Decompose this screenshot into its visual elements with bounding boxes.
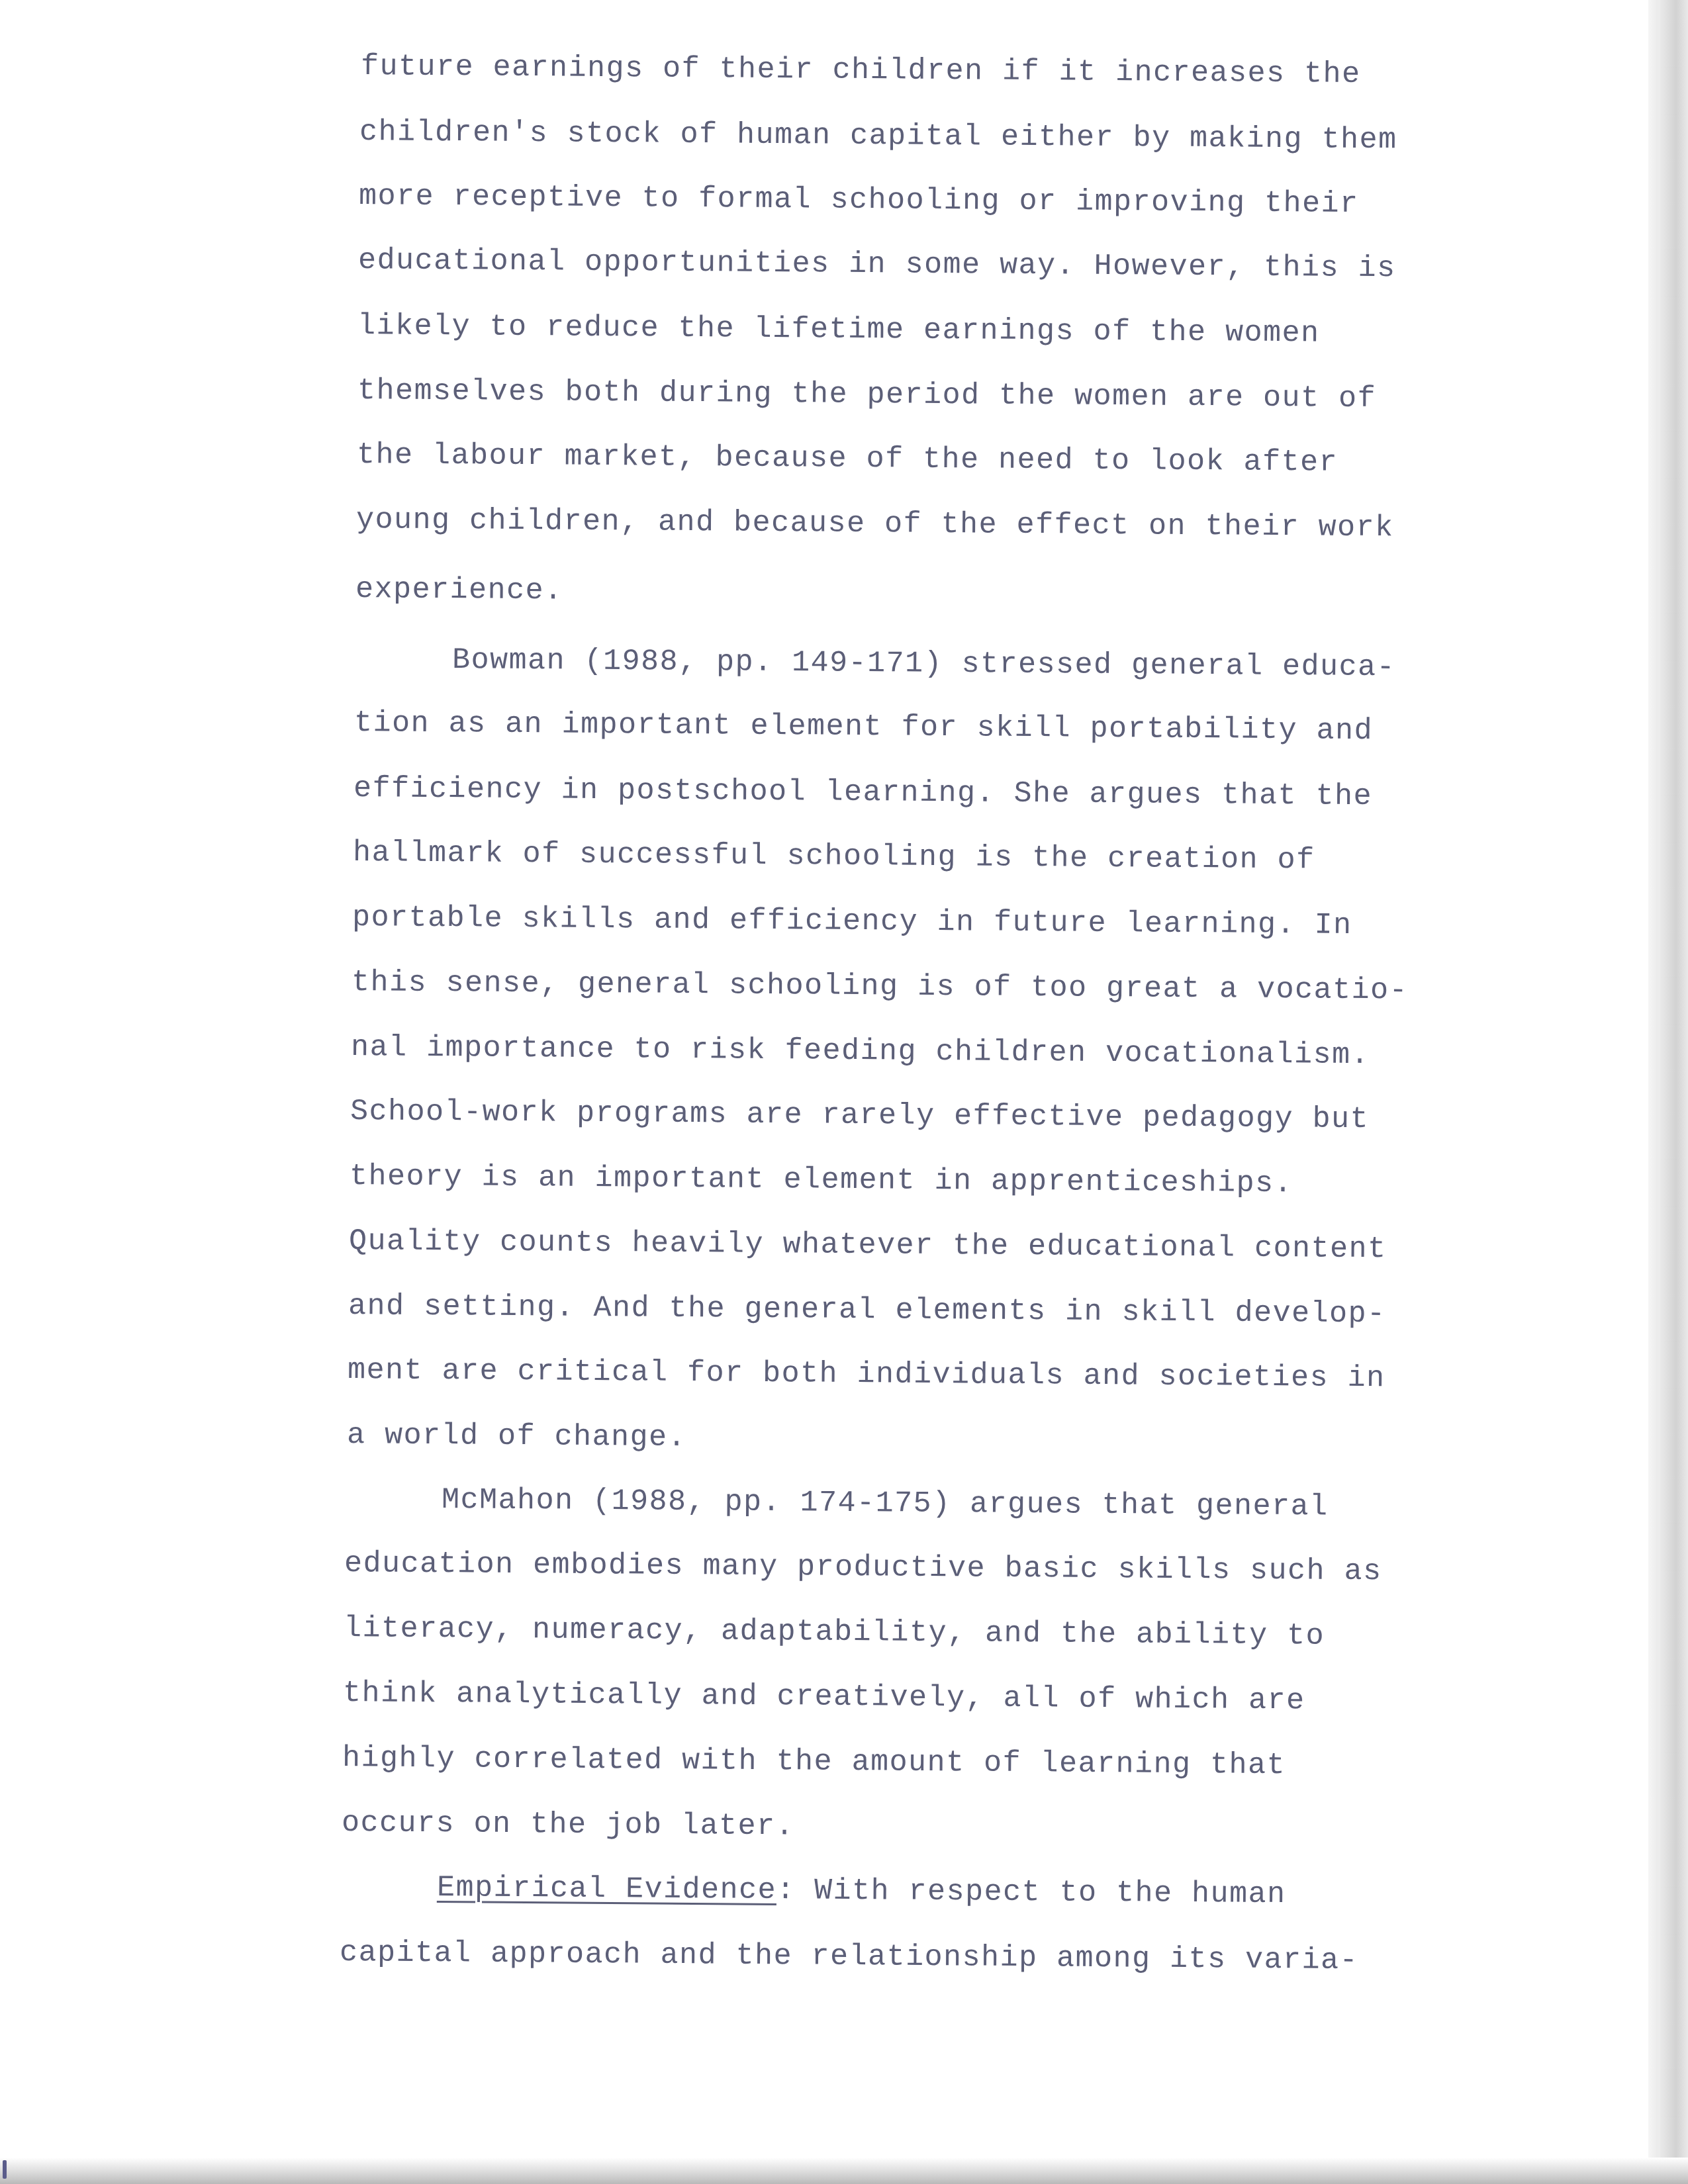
text-line: hallmark of successful schooling is the … <box>353 838 1315 875</box>
text-line: the labour market, because of the need t… <box>357 440 1338 478</box>
text-line: McMahon (1988, pp. 174-175) argues that … <box>442 1485 1329 1522</box>
scanned-page: future earnings of their children if it … <box>0 0 1688 2184</box>
text-line: nal importance to risk feeding children … <box>351 1032 1370 1070</box>
text-line: more receptive to formal schooling or im… <box>359 181 1359 219</box>
text-line: a world of change. <box>347 1420 686 1453</box>
text-line: Empirical Evidence: With respect to the … <box>437 1873 1286 1909</box>
text-line: portable skills and efficiency in future… <box>352 903 1352 940</box>
text-line: experience. <box>355 574 563 606</box>
text-line: literacy, numeracy, adaptability, and th… <box>344 1614 1325 1651</box>
text-line: young children, and because of the effec… <box>356 505 1394 543</box>
text-span: : With respect to the human <box>776 1874 1286 1911</box>
text-line: this sense, general schooling is of too … <box>352 968 1409 1006</box>
text-line: School-work programs are rarely effectiv… <box>350 1097 1370 1134</box>
text-line: theory is an important element in appren… <box>350 1161 1293 1199</box>
text-line: Bowman (1988, pp. 149-171) stressed gene… <box>452 645 1396 682</box>
text-line: capital approach and the relationship am… <box>340 1938 1359 1976</box>
text-line: highly correlated with the amount of lea… <box>342 1743 1286 1780</box>
text-line: educational opportunities in some way. H… <box>358 246 1396 283</box>
text-line: efficiency in postschool learning. She a… <box>353 774 1373 811</box>
text-line: future earnings of their children if it … <box>361 52 1361 89</box>
text-line: occurs on the job later. <box>342 1808 794 1841</box>
text-line: themselves both during the period the wo… <box>357 376 1377 414</box>
text-line: ment are critical for both individuals a… <box>348 1355 1385 1393</box>
text-line: think analytically and creatively, all o… <box>343 1678 1305 1715</box>
text-line: education embodies many productive basic… <box>344 1549 1382 1586</box>
document-body: future earnings of their children if it … <box>0 0 1688 2184</box>
text-line: tion as an important element for skill p… <box>354 708 1374 746</box>
text-line: Quality counts heavily whatever the educ… <box>349 1226 1387 1264</box>
text-line: and setting. And the general elements in… <box>348 1291 1386 1329</box>
section-heading-empirical-evidence: Empirical Evidence <box>437 1871 776 1907</box>
text-line: likely to reduce the lifetime earnings o… <box>357 311 1320 348</box>
text-line: children's stock of human capital either… <box>359 117 1397 155</box>
